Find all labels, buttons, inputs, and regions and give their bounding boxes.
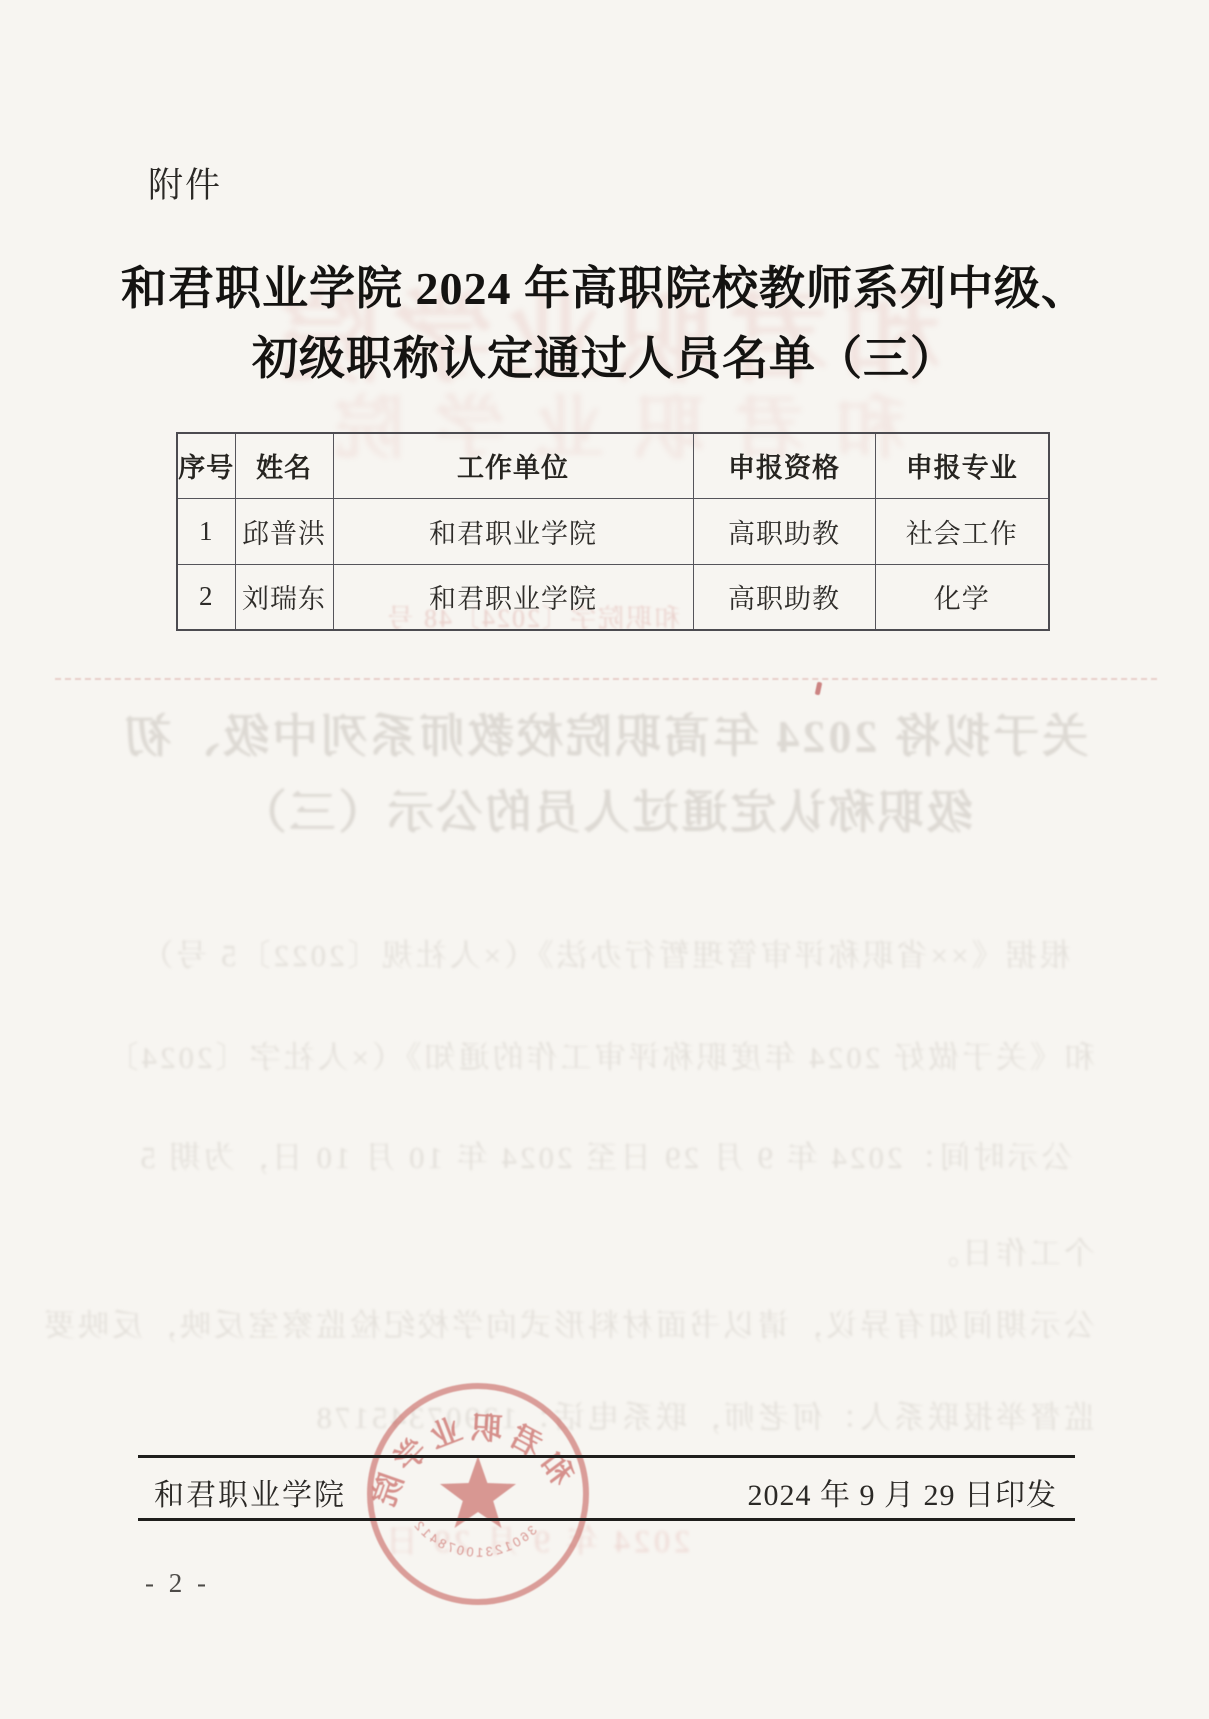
- cell-qualification: 高职助教: [693, 564, 875, 630]
- col-header-index: 序号: [177, 433, 235, 498]
- col-header-name: 姓名: [235, 433, 333, 498]
- cell-name: 刘瑞东: [235, 564, 333, 630]
- bleedthrough-body-line: 个工作日。: [115, 1228, 1095, 1273]
- bleedthrough-body-line: 公示时间：2024 年 9 月 29 日至 2024 年 10 月 10 日，为…: [115, 1132, 1095, 1177]
- footer-issuer: 和君职业学院: [154, 1470, 346, 1514]
- footer-rule-top: [138, 1455, 1075, 1458]
- col-header-work-unit: 工作单位: [333, 433, 693, 498]
- bleedthrough-heading-line2: 级职称认定通过人员的公示（三）: [55, 776, 1155, 842]
- bleedthrough-body-line: 根据《××省职称评审管理暂行办法》（×人社规〔2022〕5 号）: [115, 930, 1095, 975]
- document-title-line1: 和君职业学院 2024 年高职院校教师系列中级、: [0, 254, 1209, 324]
- table-row: 1 邱普洪 和君职业学院 高职助教 社会工作: [177, 498, 1049, 564]
- col-header-qualification: 申报资格: [693, 433, 875, 498]
- footer-imprint-row: 和君职业学院 2024 年 9 月 29 日印发: [138, 1468, 1075, 1512]
- document-title-line2: 初级职称认定通过人员名单（三）: [0, 324, 1209, 394]
- footer-rule-bottom: [138, 1518, 1075, 1521]
- attachment-label: 附件: [148, 158, 222, 208]
- col-header-major: 申报专业: [875, 433, 1049, 498]
- cell-major: 化学: [875, 564, 1049, 630]
- table-row: 2 刘瑞东 和君职业学院 高职助教 化学: [177, 564, 1049, 630]
- bleedthrough-stamp-date: 2024 年 9 月 29 日: [430, 1516, 690, 1562]
- approved-personnel-table: 序号 姓名 工作单位 申报资格 申报专业 1 邱普洪 和君职业学院 高职助教 社…: [176, 432, 1050, 631]
- bleedthrough-contact-line: 监督举报联系人：何老师，联系电话：13907345178: [115, 1392, 1135, 1437]
- bleedthrough-body-line: 公示期间如有异议，请以书面材料形式向学校纪检监察室反映，反映要: [115, 1300, 1095, 1345]
- bleedthrough-body-line: 和《关于做好 2024 年度职称评审工作的通知》（×人社字〔2024〕: [115, 1032, 1095, 1077]
- red-ink-speck: [815, 682, 823, 696]
- seal-serial-text: 36012310078412: [410, 1516, 540, 1560]
- cell-work-unit: 和君职业学院: [333, 498, 693, 564]
- scanned-document-page: 和君职业学院 和君职业学院 和职院字〔2024〕48 号 关于拟将 2024 年…: [0, 0, 1209, 1719]
- document-title: 和君职业学院 2024 年高职院校教师系列中级、 初级职称认定通过人员名单（三）: [0, 254, 1209, 394]
- cell-qualification: 高职助教: [693, 498, 875, 564]
- cell-index: 2: [177, 564, 235, 630]
- cell-work-unit: 和君职业学院: [333, 564, 693, 630]
- cell-name: 邱普洪: [235, 498, 333, 564]
- table-header-row: 序号 姓名 工作单位 申报资格 申报专业: [177, 433, 1049, 498]
- page-number: - 2 -: [145, 1568, 210, 1599]
- footer-print-date: 2024 年 9 月 29 日印发: [748, 1470, 1058, 1514]
- bleedthrough-heading-line1: 关于拟将 2024 年高职院校教师系列中级、初: [55, 700, 1155, 766]
- cell-major: 社会工作: [875, 498, 1049, 564]
- svg-text:36012310078412: 36012310078412: [410, 1516, 540, 1560]
- cell-index: 1: [177, 498, 235, 564]
- bleedthrough-dashed-separator: [55, 678, 1157, 680]
